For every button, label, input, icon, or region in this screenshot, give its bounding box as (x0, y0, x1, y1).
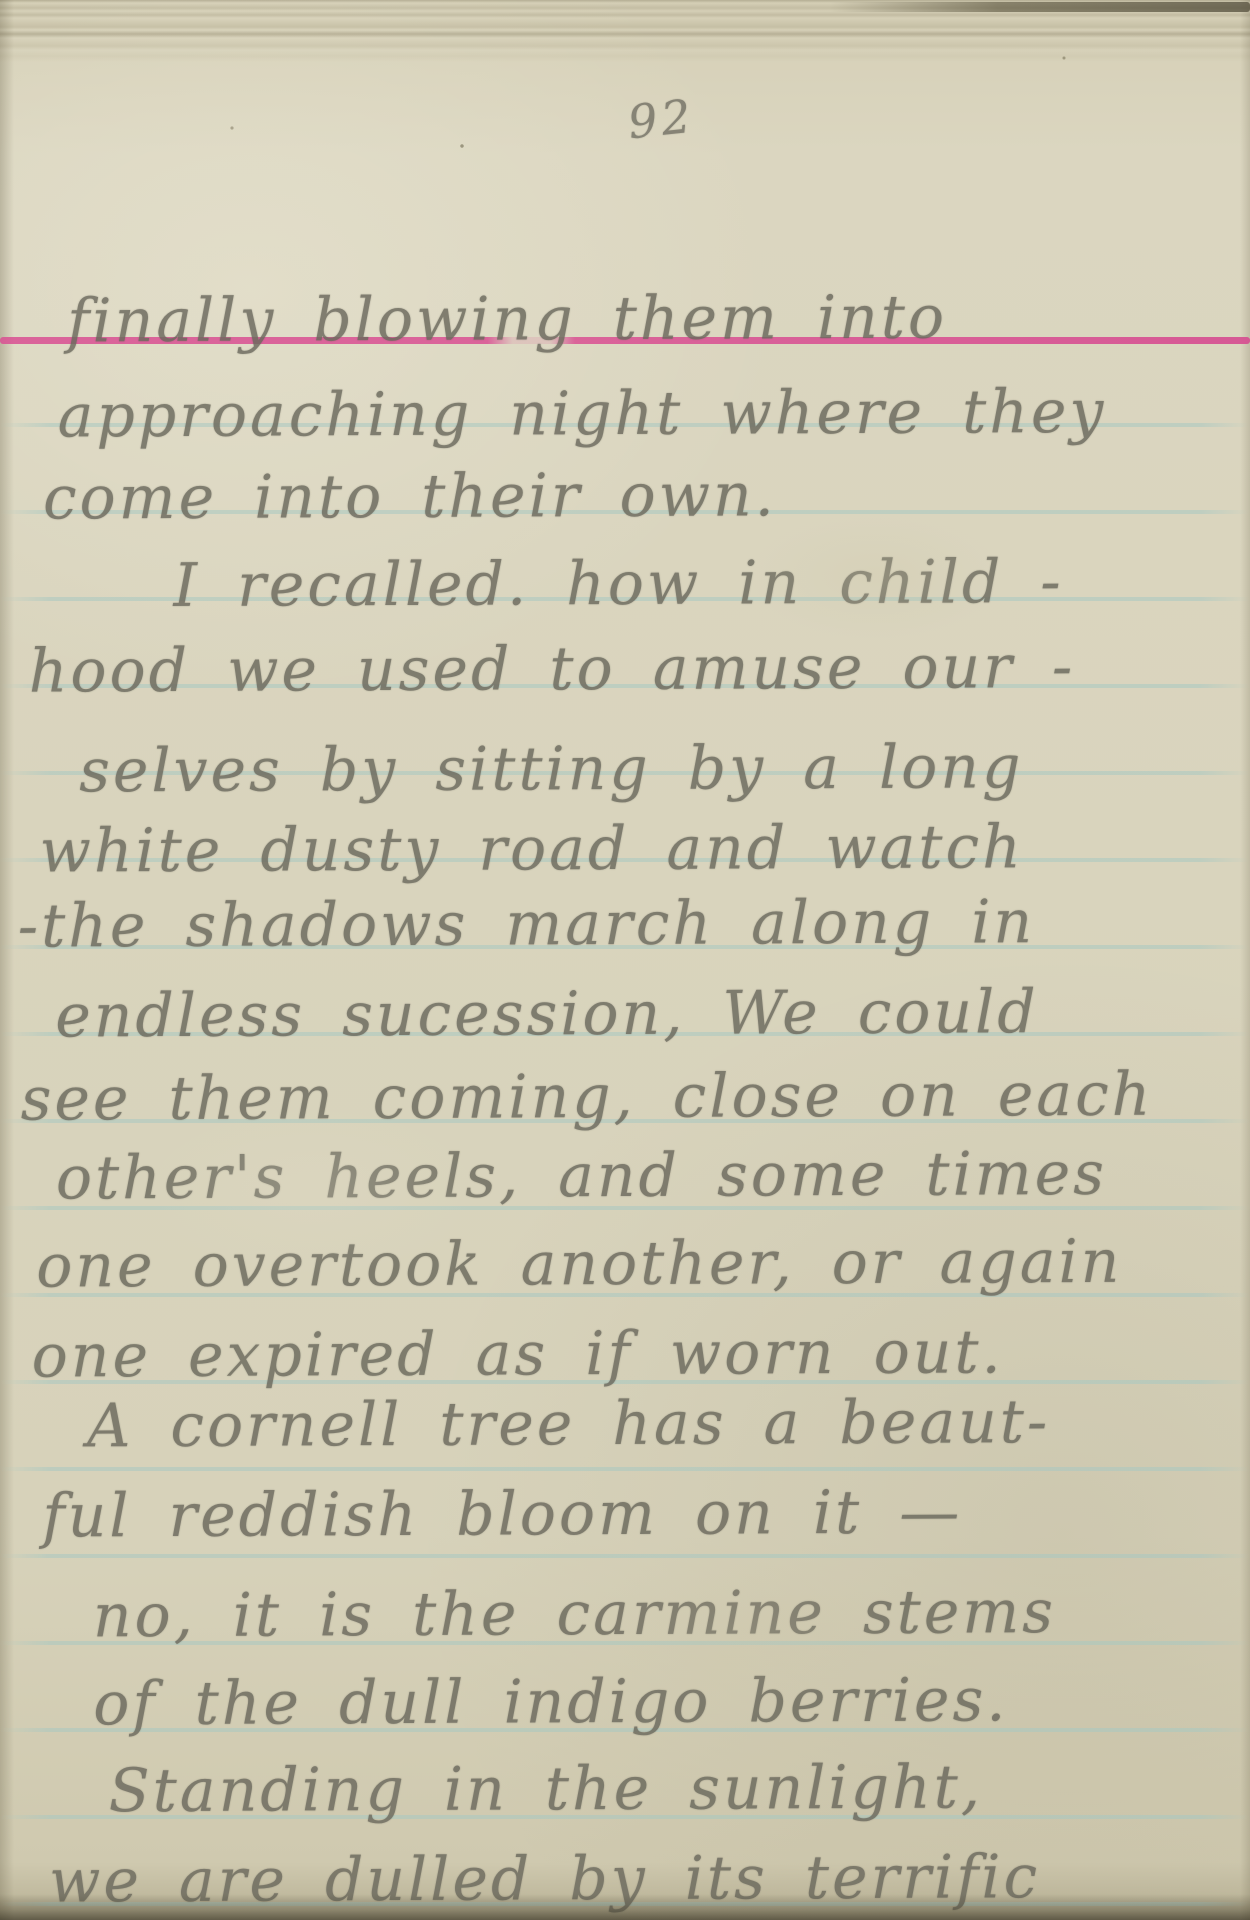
handwritten-line: endless sucession, We could (55, 981, 1039, 1048)
handwritten-line: one expired as if worn out. (32, 1321, 1004, 1388)
handwritten-line: white dusty road and watch (39, 816, 1024, 883)
handwritten-line: ful reddish bloom on it — (42, 1482, 962, 1549)
notebook-page: 92 finally blowing them into approaching… (0, 0, 1250, 1920)
manuscript-text-block: finally blowing them into approaching ni… (0, 0, 1250, 1920)
handwritten-line: approaching night where they (57, 381, 1106, 449)
handwritten-line: I recalled. how in child - (173, 551, 1064, 618)
handwritten-line: one overtook another, or again (36, 1231, 1122, 1299)
handwritten-line: finally blowing them into (67, 287, 947, 354)
page-bottom-edge-shadow (0, 1894, 1250, 1920)
handwritten-line: of the dull indigo berries. (93, 1669, 1008, 1736)
handwritten-line: come into their own. (43, 464, 777, 530)
handwritten-line: Standing in the sunlight, (108, 1756, 983, 1823)
handwritten-line: see them coming, close on each (20, 1064, 1153, 1132)
handwritten-line: hood we used to amuse our - (29, 636, 1076, 704)
handwritten-line: selves by sitting by a long (79, 736, 1024, 803)
handwritten-line: no, it is the carmine stems (93, 1581, 1056, 1648)
handwritten-line: other's heels, and some times (56, 1143, 1107, 1211)
handwritten-line: -the shadows march along in (18, 891, 1036, 958)
handwritten-line: A cornell tree has a beaut- (87, 1391, 1050, 1458)
